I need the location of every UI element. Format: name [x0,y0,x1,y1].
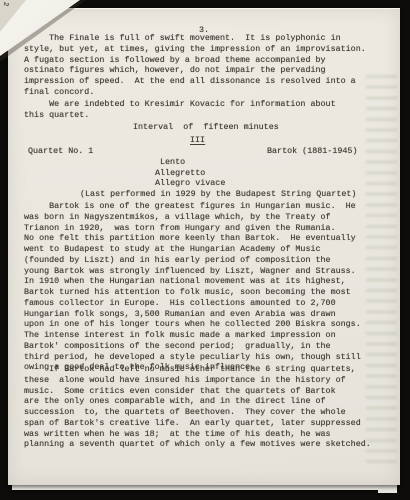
work-title: Quartet No. 1 [28,146,93,157]
scanned-program-photo: 3. The Finale is full of swift movement.… [0,0,410,500]
composer-name: Bartok (1881-1945) [267,146,357,157]
section-numeral: III [190,135,205,146]
document-page: 3. The Finale is full of swift movement.… [8,8,400,485]
movement-2: Allegretto [155,168,205,179]
paragraph-bartok-bio: Bartok is one of the greatest figures in… [24,201,361,373]
movement-1: Lento [160,157,185,168]
paragraph-finale: The Finale is full of swift movement. It… [24,33,366,98]
paragraph-credit: We are indebted to Kresimir Kovacic for … [24,99,336,121]
movement-3: Allegro vivace [155,178,225,189]
interval-heading: Interval of fifteen minutes [133,122,279,133]
paragraph-quartets: If Bartok had left no music other than t… [24,364,371,450]
last-performed-note: (Last performed in 1929 by the Budapest … [80,189,356,200]
